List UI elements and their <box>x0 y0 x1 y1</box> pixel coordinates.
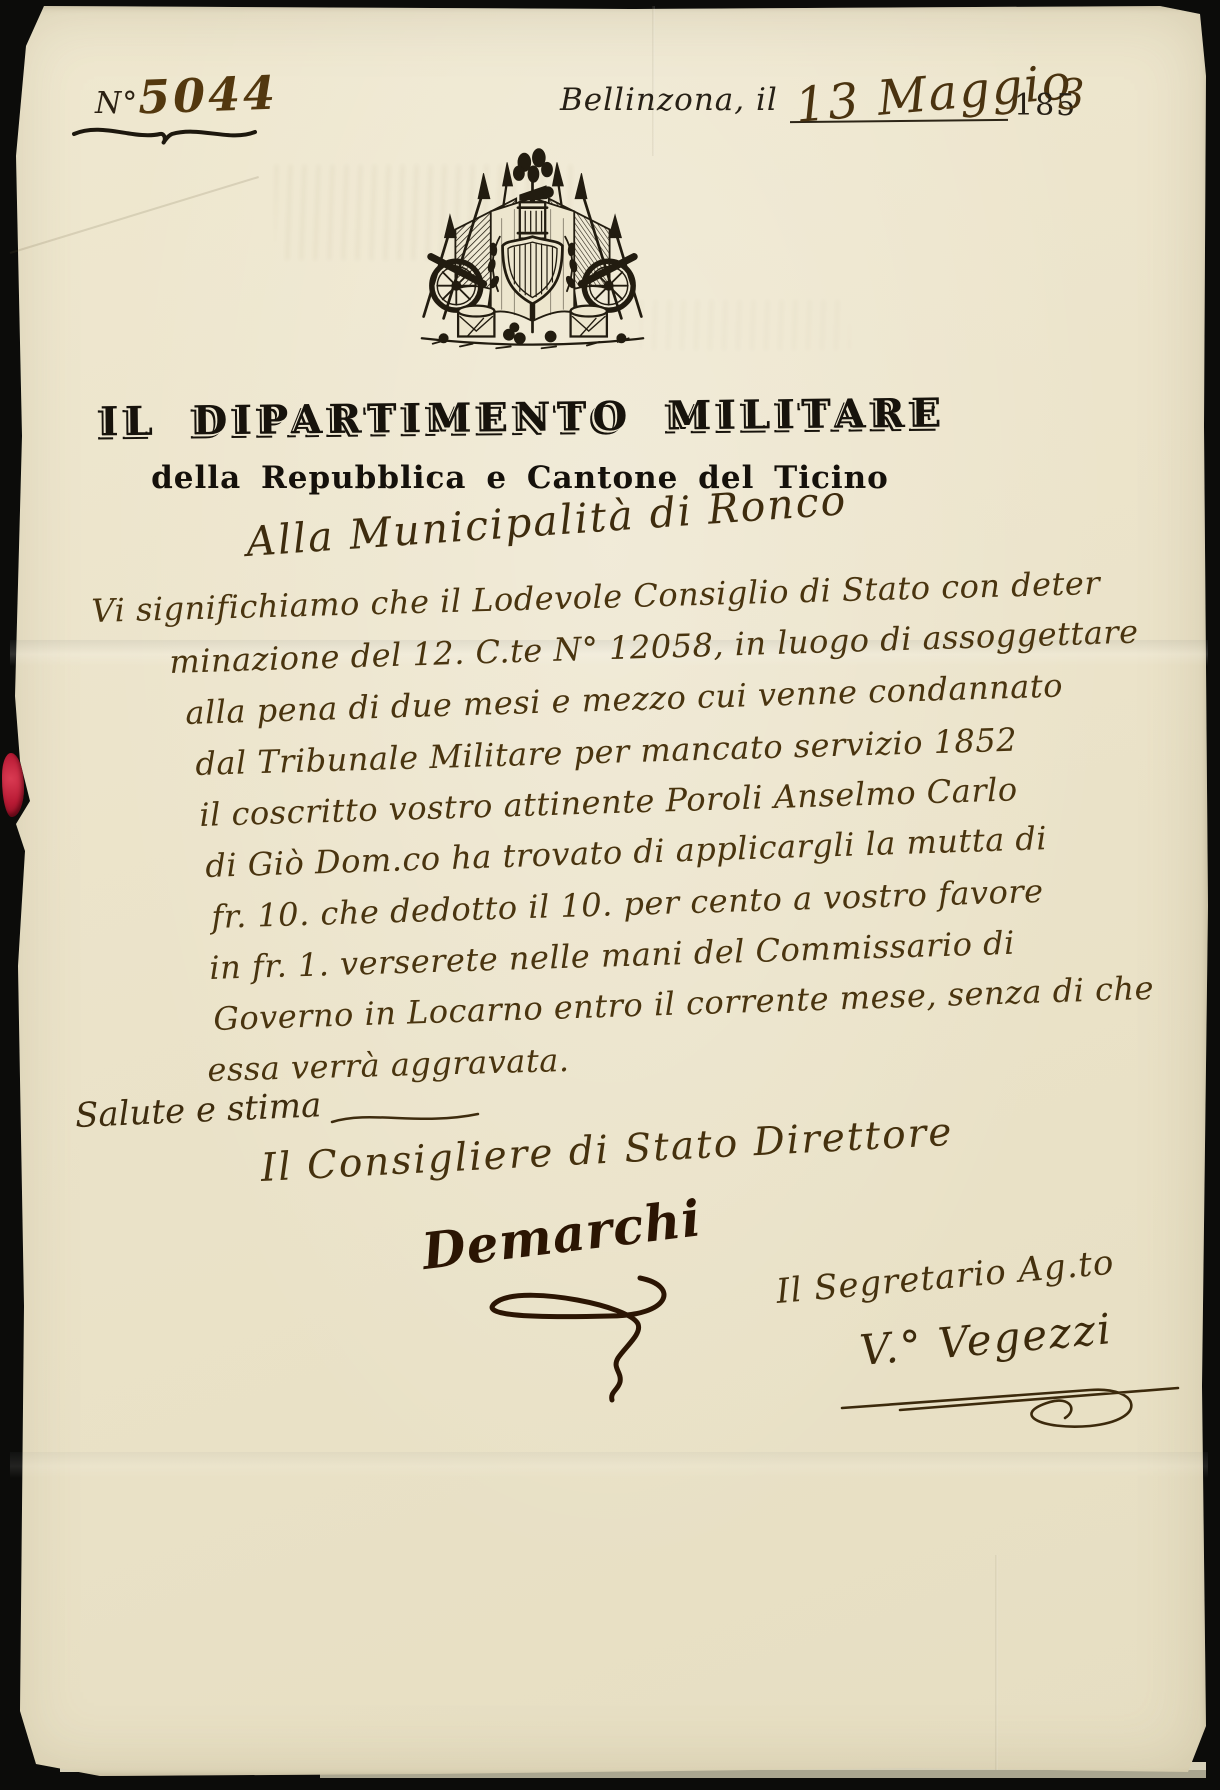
dateline-year-handwritten: 3 <box>1058 70 1085 119</box>
doc-number-label: N° <box>95 86 138 121</box>
masthead-title: IL DIPARTIMENTO MILITARE <box>100 390 940 446</box>
dateline-printed: Bellinzona, il <box>560 82 778 118</box>
doc-number-value: 5044 <box>137 66 279 125</box>
scanned-letter-page: { "page": { "background_color": "#0c0c0a… <box>0 0 1220 1790</box>
director-signature-flourish <box>440 1276 700 1406</box>
military-trophy-emblem <box>395 146 670 351</box>
secretary-signature-flourish <box>840 1380 1180 1440</box>
fold-crease <box>995 1555 998 1770</box>
closing-flourish <box>330 1108 480 1128</box>
fold-crease <box>10 1452 1208 1478</box>
bleed-through-ghost <box>640 300 850 350</box>
number-flourish <box>72 124 257 150</box>
fold-crease <box>652 6 655 156</box>
